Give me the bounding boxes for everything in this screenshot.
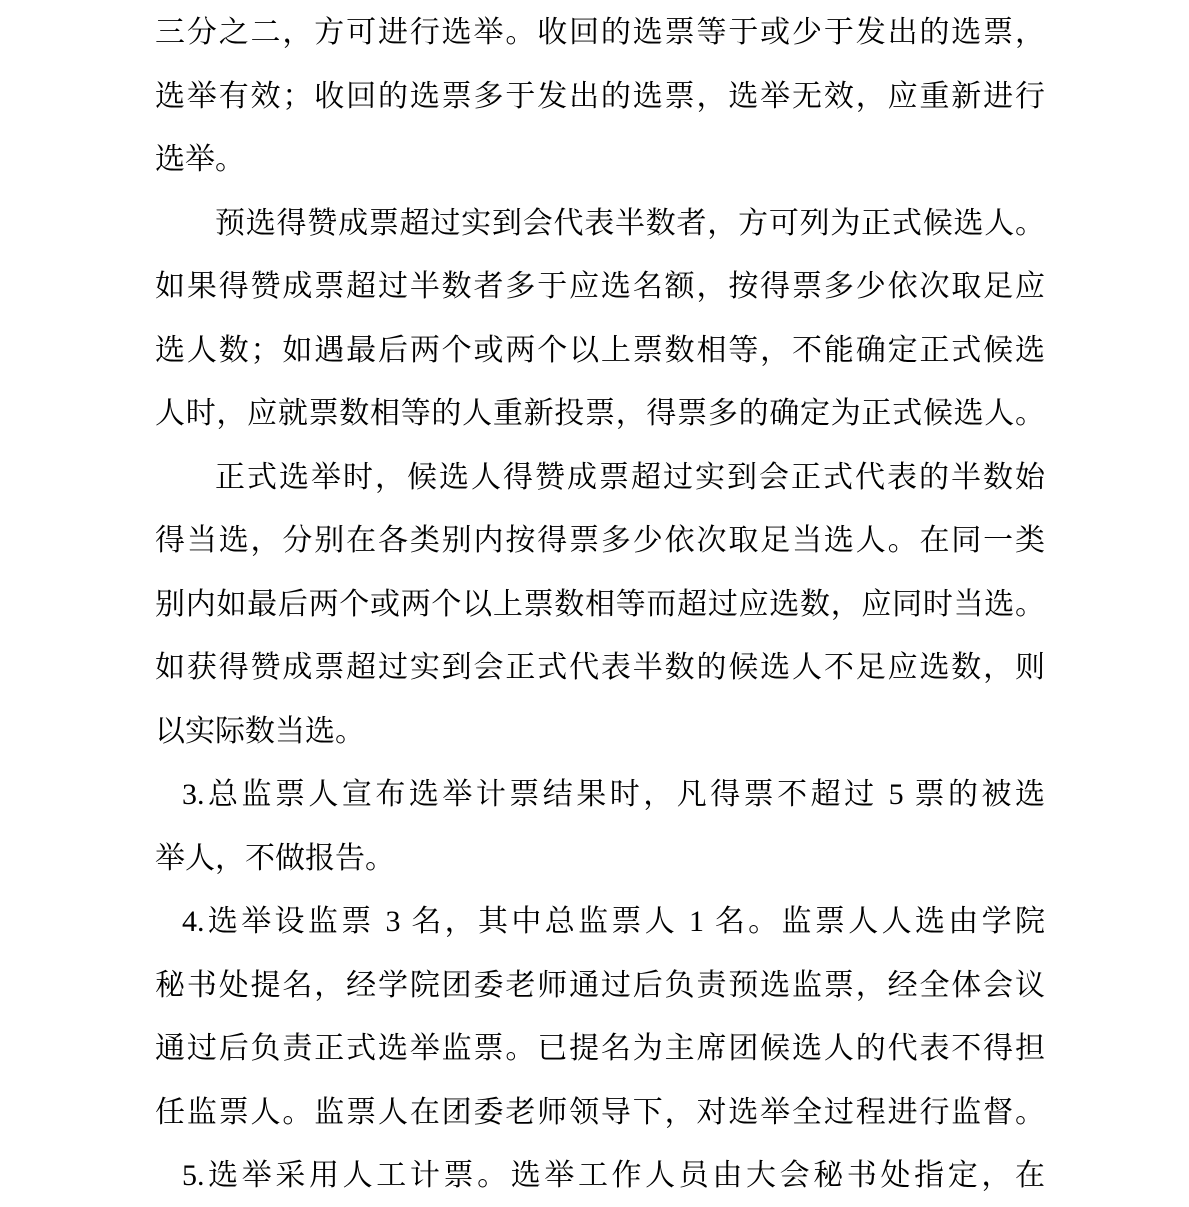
text-line: 人时，应就票数相等的人重新投票，得票多的确定为正式候选人。 [155,382,1045,446]
text-line: 选举。 [155,128,1045,192]
text-line: 通过后负责正式选举监票。已提名为主席团候选人的代表不得担 [155,1017,1045,1081]
text-line: 选举有效；收回的选票多于发出的选票，选举无效，应重新进行 [155,65,1045,129]
text-line: 任监票人。监票人在团委老师领导下，对选举全过程进行监督。 [155,1081,1045,1145]
text-line: 别内如最后两个或两个以上票数相等而超过应选数，应同时当选。 [155,573,1045,637]
paragraph: 4.选举设监票 3 名，其中总监票人 1 名。监票人人选由学院秘书处提名，经学院… [155,890,1045,1144]
paragraph: 3.总监票人宣布选举计票结果时，凡得票不超过 5 票的被选举人，不做报告。 [155,763,1045,890]
text-line: 正式选举时，候选人得赞成票超过实到会正式代表的半数始 [155,446,1045,510]
paragraph: 正式选举时，候选人得赞成票超过实到会正式代表的半数始得当选，分别在各类别内按得票… [155,446,1045,764]
paragraph: 三分之二，方可进行选举。收回的选票等于或少于发出的选票，选举有效；收回的选票多于… [155,1,1045,192]
text-line: 如果得赞成票超过半数者多于应选名额，按得票多少依次取足应 [155,255,1045,319]
text-line: 4.选举设监票 3 名，其中总监票人 1 名。监票人人选由学院 [155,890,1045,954]
text-line: 5.选举采用人工计票。选举工作人员由大会秘书处指定，在 [155,1144,1045,1207]
text-line: 如获得赞成票超过实到会正式代表半数的候选人不足应选数，则 [155,636,1045,700]
text-line: 得当选，分别在各类别内按得票多少依次取足当选人。在同一类 [155,509,1045,573]
paragraph: 预选得赞成票超过实到会代表半数者，方可列为正式候选人。如果得赞成票超过半数者多于… [155,192,1045,446]
document-page: 三分之二，方可进行选举。收回的选票等于或少于发出的选票，选举有效；收回的选票多于… [0,0,1189,1207]
text-line: 预选得赞成票超过实到会代表半数者，方可列为正式候选人。 [155,192,1045,256]
text-line: 以实际数当选。 [155,700,1045,764]
text-line: 秘书处提名，经学院团委老师通过后负责预选监票，经全体会议 [155,954,1045,1018]
document-body: 三分之二，方可进行选举。收回的选票等于或少于发出的选票，选举有效；收回的选票多于… [155,1,1045,1207]
text-line: 3.总监票人宣布选举计票结果时，凡得票不超过 5 票的被选 [155,763,1045,827]
text-line: 选人数；如遇最后两个或两个以上票数相等，不能确定正式候选 [155,319,1045,383]
text-line: 举人，不做报告。 [155,827,1045,891]
paragraph: 5.选举采用人工计票。选举工作人员由大会秘书处指定，在 [155,1144,1045,1207]
text-line: 三分之二，方可进行选举。收回的选票等于或少于发出的选票， [155,1,1045,65]
